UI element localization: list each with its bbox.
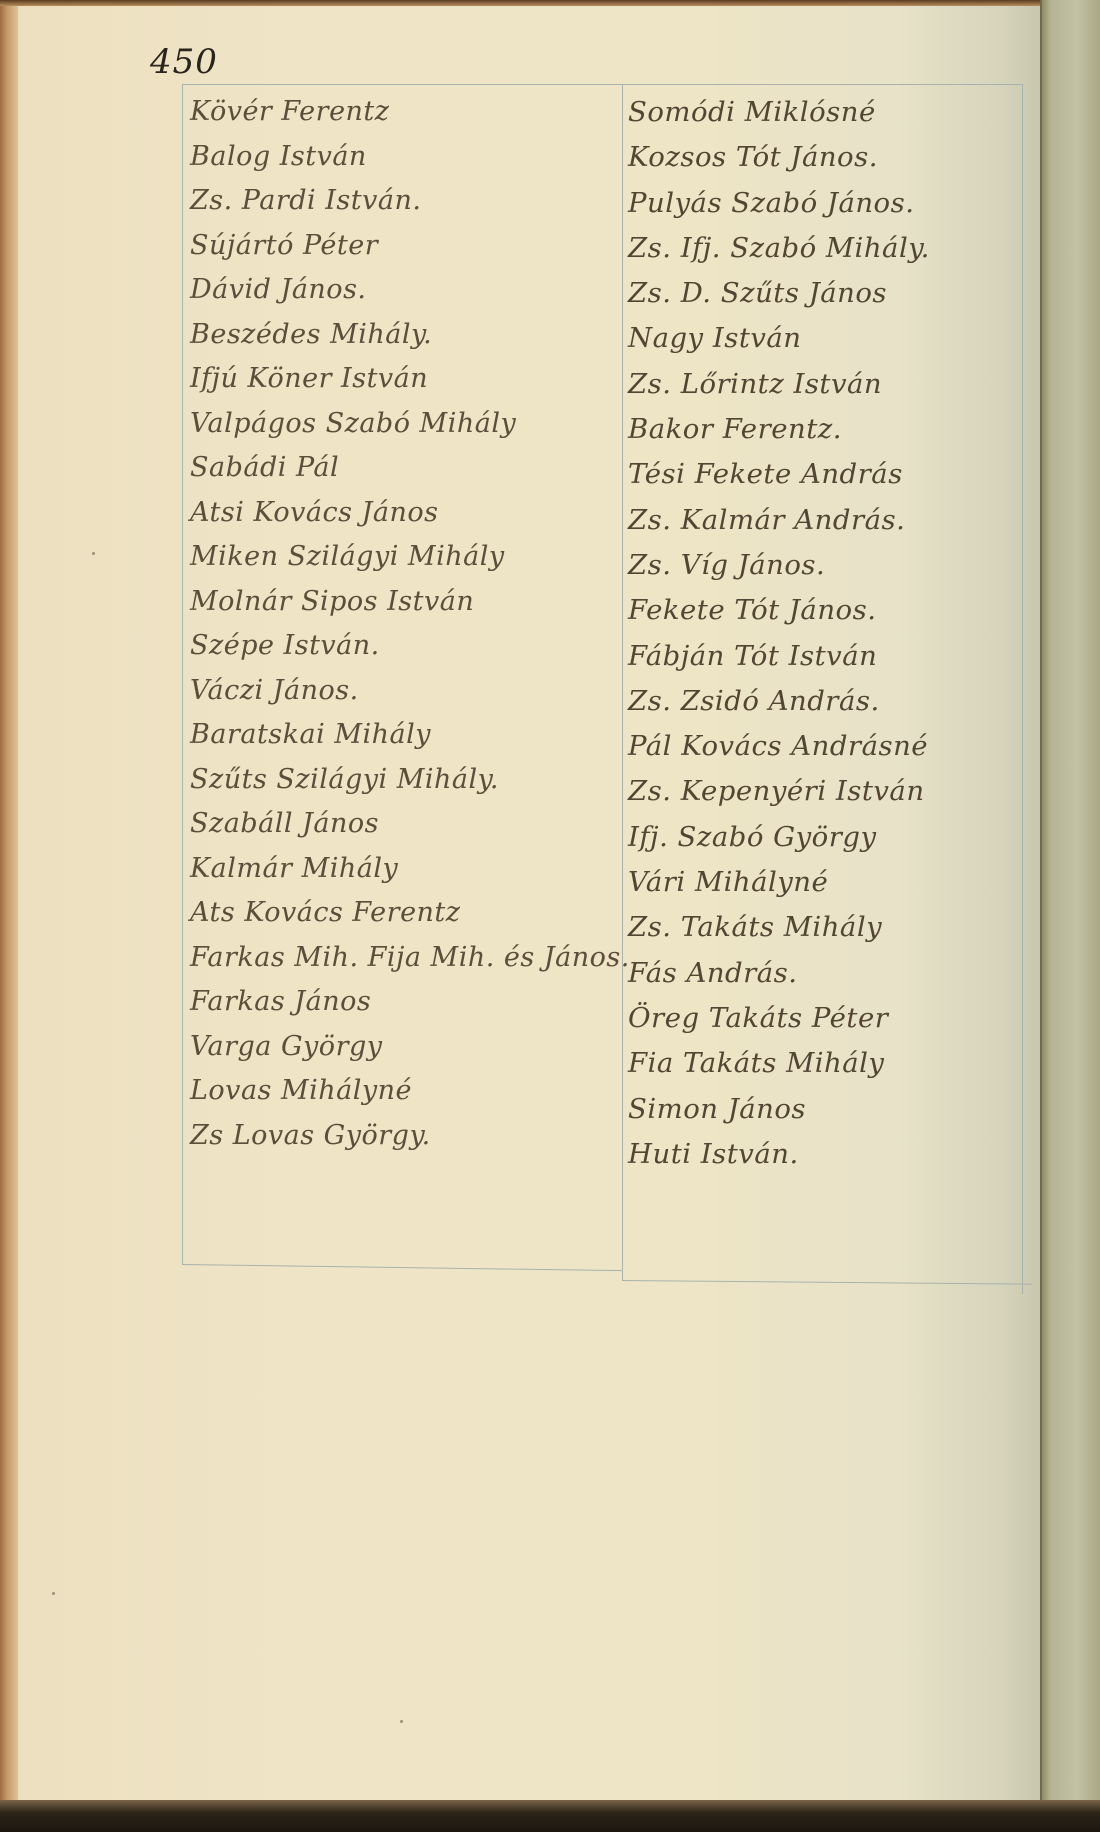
name-entry: Zs. Takáts Mihály: [628, 905, 1028, 950]
name-entry: Fás András.: [628, 951, 1028, 996]
rule-bottom-left: [182, 1264, 622, 1271]
name-entry: Farkas János: [190, 980, 620, 1025]
name-entry: Farkas Mih. Fija Mih. és János.: [190, 936, 620, 981]
name-entry: Tési Fekete András: [628, 452, 1028, 497]
name-entry: Szépe István.: [190, 624, 620, 669]
name-entry: Ifjú Köner István: [190, 357, 620, 402]
name-entry: Zs. Ifj. Szabó Mihály.: [628, 226, 1028, 271]
manuscript-page: 450 Kövér Ferentz Balog István Zs. Pardi…: [0, 0, 1042, 1800]
name-entry: Fekete Tót János.: [628, 588, 1028, 633]
name-entry: Sabádi Pál: [190, 446, 620, 491]
name-entry: Pál Kovács Andrásné: [628, 724, 1028, 769]
name-entry: Pulyás Szabó János.: [628, 181, 1028, 226]
name-entry: Balog István: [190, 135, 620, 180]
rule-column-divider: [622, 84, 623, 1280]
name-entry: Zs Lovas György.: [190, 1114, 620, 1159]
name-entry: Kalmár Mihály: [190, 847, 620, 892]
name-entry: Varga György: [190, 1025, 620, 1070]
name-entry: Somódi Miklósné: [628, 90, 1028, 135]
paper-speck: [400, 1720, 403, 1723]
name-entry: Vári Mihályné: [628, 860, 1028, 905]
name-entry: Szűts Szilágyi Mihály.: [190, 758, 620, 803]
name-entry: Kozsos Tót János.: [628, 135, 1028, 180]
right-name-column: Somódi Miklósné Kozsos Tót János. Pulyás…: [628, 90, 1028, 1177]
name-entry: Zs. Lőrintz István: [628, 362, 1028, 407]
name-entry: Huti István.: [628, 1132, 1028, 1177]
name-entry: Ats Kovács Ferentz: [190, 891, 620, 936]
name-entry: Öreg Takáts Péter: [628, 996, 1028, 1041]
name-entry: Valpágos Szabó Mihály: [190, 402, 620, 447]
name-entry: Nagy István: [628, 316, 1028, 361]
name-entry: Zs. D. Szűts János: [628, 271, 1028, 316]
name-entry: Bakor Ferentz.: [628, 407, 1028, 452]
name-entry: Fia Takáts Mihály: [628, 1041, 1028, 1086]
name-entry: Szabáll János: [190, 802, 620, 847]
name-entry: Zs. Víg János.: [628, 543, 1028, 588]
name-entry: Zs. Pardi István.: [190, 179, 620, 224]
name-entry: Atsi Kovács János: [190, 491, 620, 536]
name-entry: Simon János: [628, 1087, 1028, 1132]
page-number: 450: [150, 42, 218, 82]
name-entry: Dávid János.: [190, 268, 620, 313]
name-entry: Váczi János.: [190, 669, 620, 714]
left-name-column: Kövér Ferentz Balog István Zs. Pardi Ist…: [190, 90, 620, 1158]
book-gutter: [1042, 0, 1100, 1810]
name-entry: Zs. Kalmár András.: [628, 498, 1028, 543]
name-entry: Zs. Zsidó András.: [628, 679, 1028, 724]
name-entry: Molnár Sipos István: [190, 580, 620, 625]
page-bottom-edge: [0, 1800, 1100, 1832]
rule-bottom-right: [622, 1280, 1032, 1285]
name-entry: Fábján Tót István: [628, 634, 1028, 679]
rule-top: [182, 84, 1022, 85]
name-entry: Baratskai Mihály: [190, 713, 620, 758]
paper-speck: [52, 1592, 55, 1595]
name-entry: Miken Szilágyi Mihály: [190, 535, 620, 580]
name-entry: Zs. Kepenyéri István: [628, 769, 1028, 814]
name-entry: Ifj. Szabó György: [628, 815, 1028, 860]
page-top-edge: [0, 0, 1042, 6]
paper-speck: [92, 552, 95, 555]
rule-left: [182, 84, 183, 1264]
name-entry: Kövér Ferentz: [190, 90, 620, 135]
name-entry: Sújártó Péter: [190, 224, 620, 269]
ruled-table: Kövér Ferentz Balog István Zs. Pardi Ist…: [182, 84, 1022, 1284]
name-entry: Beszédes Mihály.: [190, 313, 620, 358]
name-entry: Lovas Mihályné: [190, 1069, 620, 1114]
